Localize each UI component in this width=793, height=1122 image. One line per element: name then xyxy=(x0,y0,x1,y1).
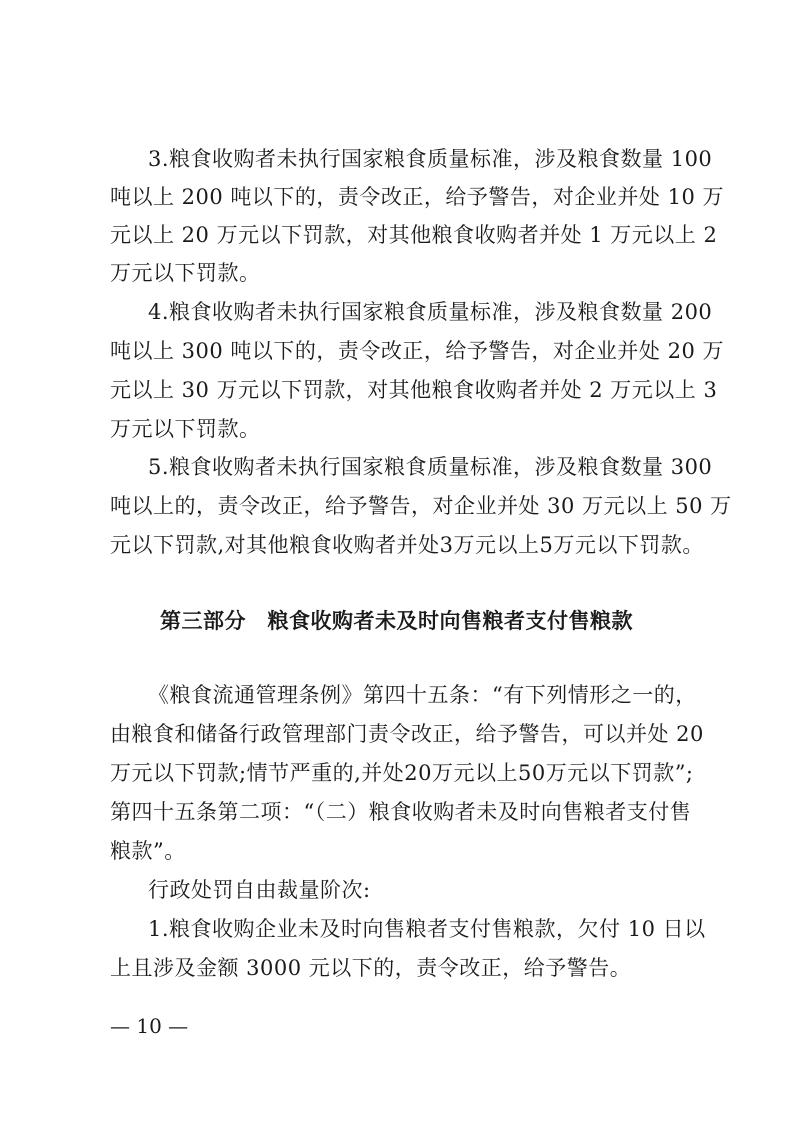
item-4-line-2: 吨以上 300 吨以下的，责令改正，给予警告，对企业并处 20 万 xyxy=(110,336,690,366)
page-number: — 10 — xyxy=(110,1012,188,1040)
regulation-line-5: 粮款”。 xyxy=(110,836,690,866)
regulation-line-2: 由粮食和储备行政管理部门责令改正，给予警告，可以并处 20 xyxy=(110,719,690,749)
discretion-label: 行政处罚自由裁量阶次: xyxy=(148,875,690,905)
item-5-line-3: 元以下罚款,对其他粮食收购者并处3万元以上5万元以下罚款。 xyxy=(110,530,690,560)
item-3-line-4: 万元以下罚款。 xyxy=(110,258,690,288)
regulation-line-1: 《粮食流通管理条例》第四十五条：“有下列情形之一的， xyxy=(148,680,690,710)
item-4-line-4: 万元以下罚款。 xyxy=(110,414,690,444)
item-4-line-3: 元以上 30 万元以下罚款，对其他粮食收购者并处 2 万元以上 3 xyxy=(110,375,690,405)
item-5-line-2: 吨以上的，责令改正，给予警告，对企业并处 30 万元以上 50 万 xyxy=(110,491,690,521)
item-5-line-1: 5.粮食收购者未执行国家粮食质量标准，涉及粮食数量 300 xyxy=(148,452,690,482)
item-4-line-1: 4.粮食收购者未执行国家粮食质量标准，涉及粮食数量 200 xyxy=(148,297,690,327)
item-3-line-1: 3.粮食收购者未执行国家粮食质量标准，涉及粮食数量 100 xyxy=(148,144,690,174)
section-heading: 第三部分 粮食收购者未及时向售粮者支付售粮款 xyxy=(0,606,793,636)
regulation-line-3: 万元以下罚款;情节严重的,并处20万元以上50万元以下罚款”; xyxy=(110,758,690,788)
regulation-line-4: 第四十五条第二项：“（二）粮食收购者未及时向售粮者支付售 xyxy=(110,797,690,827)
item-1-line-1: 1.粮食收购企业未及时向售粮者支付售粮款，欠付 10 日以 xyxy=(148,914,690,944)
item-3-line-3: 元以上 20 万元以下罚款，对其他粮食收购者并处 1 万元以上 2 xyxy=(110,220,690,250)
document-page: 3.粮食收购者未执行国家粮食质量标准，涉及粮食数量 100 吨以上 200 吨以… xyxy=(0,0,793,1122)
item-1-line-2: 上且涉及金额 3000 元以下的，责令改正，给予警告。 xyxy=(110,953,690,983)
item-3-line-2: 吨以上 200 吨以下的，责令改正，给予警告，对企业并处 10 万 xyxy=(110,182,690,212)
